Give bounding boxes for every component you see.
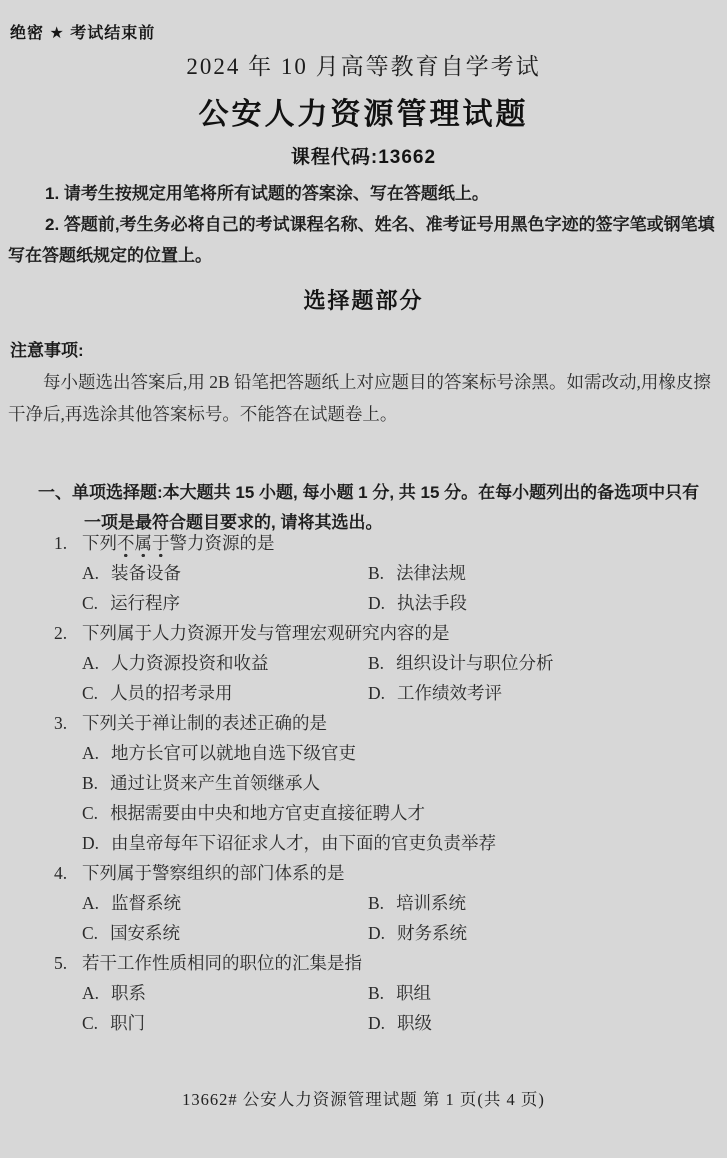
option-label: B.	[368, 888, 384, 918]
option-label: B.	[368, 648, 384, 678]
question-head: 4.下列属于警察组织的部门体系的是	[0, 858, 727, 888]
exam-session-title: 2024 年 10 月高等教育自学考试	[0, 48, 727, 81]
paper-title: 公安人力资源管理试题	[0, 89, 727, 133]
answer-option: A.人力资源投资和收益	[82, 648, 368, 678]
question-block: 2.下列属于人力资源开发与管理宏观研究内容的是A.人力资源投资和收益B.组织设计…	[0, 618, 727, 708]
option-label: D.	[368, 678, 385, 708]
questions: 1.下列不属于警力资源的是A.装备设备B.法律法规C.运行程序D.执法手段2.下…	[0, 528, 727, 1038]
answer-option: D.职级	[368, 1008, 432, 1038]
question-stem: 下列属于警察组织的部门体系的是	[82, 858, 727, 888]
option-row: C.人员的招考录用D.工作绩效考评	[0, 678, 727, 708]
question-stem: 下列属于人力资源开发与管理宏观研究内容的是	[82, 618, 727, 648]
answer-option: B.通过让贤来产生首领继承人	[82, 768, 320, 798]
question-number: 3.	[54, 708, 82, 738]
option-label: C.	[82, 1008, 98, 1038]
option-label: A.	[82, 888, 99, 918]
option-label: B.	[368, 558, 384, 588]
candidate-instructions: 1. 请考生按规定用笔将所有试题的答案涂、写在答题纸上。 2. 答题前,考生务必…	[0, 178, 727, 271]
option-label: C.	[82, 588, 98, 618]
option-text: 职门	[110, 1008, 145, 1038]
answer-option: C.国安系统	[82, 918, 368, 948]
answer-option: D.由皇帝每年下诏征求人才，由下面的官吏负责举荐	[82, 828, 496, 858]
answer-option: C.职门	[82, 1008, 368, 1038]
option-text: 监督系统	[111, 888, 181, 918]
question-number: 5.	[54, 948, 82, 978]
answer-option: A.装备设备	[82, 558, 368, 588]
option-row: D.由皇帝每年下诏征求人才，由下面的官吏负责举荐	[0, 828, 727, 858]
answer-option: D.工作绩效考评	[368, 678, 502, 708]
answer-option: A.地方长官可以就地自选下级官吏	[82, 738, 356, 768]
option-text: 装备设备	[111, 558, 181, 588]
answer-option: B.培训系统	[368, 888, 466, 918]
option-text: 人员的招考录用	[110, 678, 233, 708]
notes-body: 每小题选出答案后,用 2B 铅笔把答题纸上对应题目的答案标号涂黑。如需改动,用橡…	[0, 366, 727, 430]
section-heading: 选择题部分	[0, 284, 727, 315]
question-head: 1.下列不属于警力资源的是	[0, 528, 727, 558]
option-row: C.运行程序D.执法手段	[0, 588, 727, 618]
option-label: C.	[82, 678, 98, 708]
option-text: 职组	[396, 978, 431, 1008]
question-head: 5.若干工作性质相同的职位的汇集是指	[0, 948, 727, 978]
option-label: A.	[82, 738, 99, 768]
stem-text: 下列	[82, 533, 117, 553]
question-head: 3.下列关于禅让制的表述正确的是	[0, 708, 727, 738]
security-classification: 绝密 ★ 考试结束前	[10, 20, 155, 43]
question-block: 4.下列属于警察组织的部门体系的是A.监督系统B.培训系统C.国安系统D.财务系…	[0, 858, 727, 948]
stem-text: 警力资源的是	[170, 533, 275, 553]
option-label: D.	[368, 918, 385, 948]
instruction-item-1: 1. 请考生按规定用笔将所有试题的答案涂、写在答题纸上。	[0, 178, 727, 209]
option-label: B.	[368, 978, 384, 1008]
option-text: 由皇帝每年下诏征求人才，由下面的官吏负责举荐	[111, 828, 496, 858]
question-block: 1.下列不属于警力资源的是A.装备设备B.法律法规C.运行程序D.执法手段	[0, 528, 727, 618]
option-row: A.地方长官可以就地自选下级官吏	[0, 738, 727, 768]
option-text: 通过让贤来产生首领继承人	[110, 768, 320, 798]
option-text: 人力资源投资和收益	[111, 648, 269, 678]
option-row: A.人力资源投资和收益B.组织设计与职位分析	[0, 648, 727, 678]
question-number: 4.	[54, 858, 82, 888]
question-stem: 下列不属于警力资源的是	[82, 528, 727, 558]
option-label: B.	[82, 768, 98, 798]
option-text: 职系	[111, 978, 146, 1008]
option-label: C.	[82, 918, 98, 948]
option-text: 根据需要由中央和地方官吏直接征聘人才	[110, 798, 425, 828]
answer-option: C.人员的招考录用	[82, 678, 368, 708]
option-text: 地方长官可以就地自选下级官吏	[111, 738, 356, 768]
answer-option: D.执法手段	[368, 588, 467, 618]
option-text: 组织设计与职位分析	[396, 648, 554, 678]
question-stem: 若干工作性质相同的职位的汇集是指	[82, 948, 727, 978]
answer-option: D.财务系统	[368, 918, 467, 948]
option-text: 培训系统	[396, 888, 466, 918]
answer-option: C.运行程序	[82, 588, 368, 618]
option-label: D.	[368, 1008, 385, 1038]
answer-option: A.职系	[82, 978, 368, 1008]
option-label: A.	[82, 978, 99, 1008]
question-block: 5.若干工作性质相同的职位的汇集是指A.职系B.职组C.职门D.职级	[0, 948, 727, 1038]
option-text: 法律法规	[396, 558, 466, 588]
question-number: 1.	[54, 528, 82, 558]
answer-option: C.根据需要由中央和地方官吏直接征聘人才	[82, 798, 425, 828]
answer-option: A.监督系统	[82, 888, 368, 918]
option-row: A.装备设备B.法律法规	[0, 558, 727, 588]
instruction-item-2: 2. 答题前,考生务必将自己的考试课程名称、姓名、准考证号用黑色字迹的签字笔或钢…	[0, 209, 727, 271]
option-row: C.职门D.职级	[0, 1008, 727, 1038]
option-text: 财务系统	[397, 918, 467, 948]
question-number: 2.	[54, 618, 82, 648]
stem-emphasis: 不属于	[117, 533, 170, 557]
header-titles: 2024 年 10 月高等教育自学考试 公安人力资源管理试题 课程代码:1366…	[0, 48, 727, 169]
option-label: A.	[82, 648, 99, 678]
option-label: A.	[82, 558, 99, 588]
option-row: A.职系B.职组	[0, 978, 727, 1008]
option-row: A.监督系统B.培训系统	[0, 888, 727, 918]
option-text: 国安系统	[110, 918, 180, 948]
question-stem: 下列关于禅让制的表述正确的是	[82, 708, 727, 738]
question-head: 2.下列属于人力资源开发与管理宏观研究内容的是	[0, 618, 727, 648]
answer-option: B.职组	[368, 978, 431, 1008]
option-label: C.	[82, 798, 98, 828]
notes-heading: 注意事项:	[10, 336, 84, 361]
option-row: C.国安系统D.财务系统	[0, 918, 727, 948]
option-label: D.	[368, 588, 385, 618]
answer-option: B.法律法规	[368, 558, 466, 588]
option-label: D.	[82, 828, 99, 858]
option-text: 工作绩效考评	[397, 678, 502, 708]
page-footer: 13662# 公安人力资源管理试题 第 1 页(共 4 页)	[0, 1086, 727, 1110]
option-text: 职级	[397, 1008, 432, 1038]
exam-paper-page: 绝密 ★ 考试结束前 2024 年 10 月高等教育自学考试 公安人力资源管理试…	[0, 0, 727, 1158]
course-code: 课程代码:13662	[0, 142, 727, 169]
answer-option: B.组织设计与职位分析	[368, 648, 554, 678]
option-row: B.通过让贤来产生首领继承人	[0, 768, 727, 798]
option-row: C.根据需要由中央和地方官吏直接征聘人才	[0, 798, 727, 828]
option-text: 执法手段	[397, 588, 467, 618]
option-text: 运行程序	[110, 588, 180, 618]
question-block: 3.下列关于禅让制的表述正确的是A.地方长官可以就地自选下级官吏B.通过让贤来产…	[0, 708, 727, 858]
